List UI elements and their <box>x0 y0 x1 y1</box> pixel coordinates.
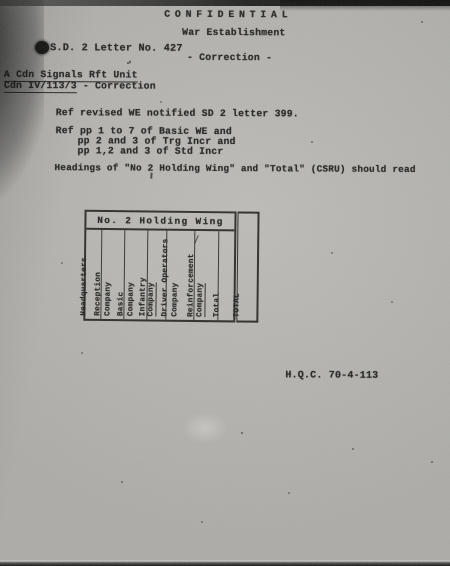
holding-wing-table: No. 2 Holding Wing Headquarters Receptio… <box>83 210 259 323</box>
column-total: Total <box>218 231 234 320</box>
column-grand-total: TOTAL <box>236 211 259 322</box>
scan-bottom-edge <box>0 561 450 566</box>
stray-mark <box>129 60 131 63</box>
paper-blotch <box>182 412 228 444</box>
pages-line-3: pp 1,2 and 3 of Std Incr <box>78 145 224 157</box>
column-label: Company <box>147 282 156 316</box>
column-label: Reinforcement <box>187 253 196 317</box>
table-spanner-header: No. 2 Holding Wing <box>86 212 234 232</box>
column-label: TOTAL <box>233 293 241 317</box>
unit-reference-suffix: - Correction <box>83 80 156 91</box>
letter-number: S.D. 2 Letter No. 427 <box>50 43 183 55</box>
column-label: Driver Operators <box>161 239 170 317</box>
reference-line: Ref revised WE notified SD 2 letter 399. <box>56 107 299 119</box>
scan-left-shadow <box>0 0 44 280</box>
stray-mark <box>150 173 152 179</box>
instruction-line: Headings of "No 2 Holding Wing" and "Tot… <box>54 162 415 175</box>
table-columns: Headquarters Reception Company Basic Com… <box>85 230 234 321</box>
document-title: War Establishment <box>182 27 285 39</box>
column-label: Company <box>196 283 205 317</box>
holding-wing-group: No. 2 Holding Wing Headquarters Receptio… <box>83 210 236 323</box>
column-label: Basic <box>117 292 125 316</box>
classification-stamp: CONFIDENTIAL <box>164 9 292 21</box>
column-label: Company <box>104 282 112 316</box>
column-label: Total <box>213 293 221 317</box>
column-label: Company <box>127 282 135 316</box>
document-content: CONFIDENTIAL War Establishment S.D. 2 Le… <box>0 0 450 566</box>
column-label: Reception <box>94 272 102 316</box>
column-label: Headquarters <box>80 257 89 316</box>
scanned-document-page: CONFIDENTIAL War Establishment S.D. 2 Le… <box>0 0 450 566</box>
scan-top-right-edge <box>280 0 450 11</box>
file-reference: H.Q.C. 70-4-113 <box>285 370 378 381</box>
column-label: Company <box>171 283 179 317</box>
correction-label: - Correction - <box>187 52 272 63</box>
